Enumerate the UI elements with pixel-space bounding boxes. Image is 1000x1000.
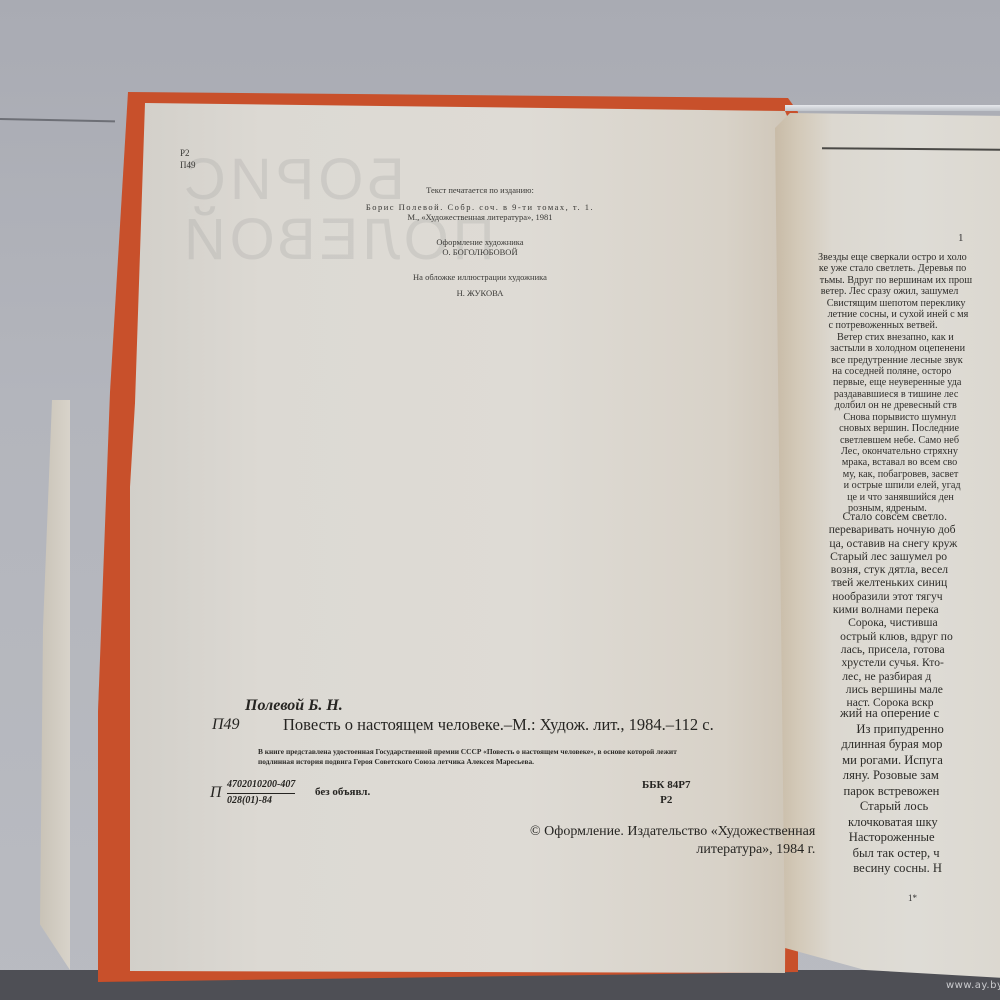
text-line: первые, еще неуверенные уда [818, 377, 972, 388]
text-line: весину сосны. Н [840, 861, 944, 877]
text-line: лес, не разбирая д [828, 670, 957, 683]
text-line: му, как, побагровев, засвет [818, 469, 972, 480]
biblio-author: Полевой Б. Н. [245, 697, 343, 715]
text-line: долбил он не древесный ств [818, 400, 972, 411]
text-line: Старый лес зашумел ро [828, 550, 957, 563]
edition-info: Текст печатается по изданию: Борис Полев… [350, 185, 610, 299]
text-line: светлевшем небе. Само неб [818, 435, 972, 446]
text-line: все предутренние лесные звук [818, 355, 972, 366]
edition-publisher: М., «Художественная литература», 1981 [350, 212, 610, 223]
text-line: твей желтеньких синиц [828, 576, 957, 589]
biblio-title: Повесть о настоящем человеке.–М.: Худож.… [283, 715, 714, 735]
design-label: Оформление художника [350, 237, 610, 248]
text-line: це и что занявшийся ден [818, 492, 972, 503]
text-line: на соседней поляне, осторо [818, 366, 972, 377]
text-line: Из припудренно [840, 722, 944, 738]
text-line: застыли в холодном оцепенени [818, 343, 972, 354]
library-code: Р2 П49 [180, 147, 196, 171]
text-line: летние сосны, и сухой иней с мя [818, 309, 972, 320]
price-prefix: П [210, 784, 222, 802]
text-line: острый клюв, вдруг по [828, 630, 957, 643]
text-line: Сорока, чистивша [828, 616, 957, 629]
watermark: www.ay.by [946, 980, 1000, 991]
text-line: нообразили этот тягуч [828, 590, 957, 603]
cover-illustration-artist: Н. ЖУКОВА [350, 288, 610, 299]
text-line: возня, стук дятла, весел [828, 563, 957, 576]
text-line: жий на оперение с [840, 706, 944, 722]
text-line: Лес, окончательно стряхну [818, 446, 972, 457]
text-line: хрустели сучья. Кто- [828, 656, 957, 669]
text-line: лась, присела, готова [828, 643, 957, 656]
edition-source: Борис Полевой. Собр. соч. в 9-ти томах, … [350, 202, 610, 213]
text-line: раздававшиеся в тишине лес [818, 389, 972, 400]
annotation: В книге представлена удостоенная Государ… [258, 747, 698, 767]
cover-illustration-label: На обложке иллюстрации художника [350, 272, 610, 283]
table-edge-line [0, 118, 115, 122]
text-line: мрака, вставал во всем сво [818, 457, 972, 468]
text-line: лись вершины мале [828, 683, 957, 696]
text-line: с потревоженных ветвей. [818, 320, 972, 331]
text-line: кими волнами перека [828, 603, 957, 616]
plastic-sleeve-edge [785, 105, 1000, 111]
page-fold [40, 400, 70, 970]
story-text-block-1: Звезды еще сверкали остро и холоке уже с… [818, 252, 972, 514]
text-line: длинная бурая мор [840, 737, 944, 753]
chapter-number: 1 [958, 232, 964, 244]
text-line: Звезды еще сверкали остро и холо [818, 252, 972, 263]
no-announcement: без объявл. [315, 786, 370, 798]
edition-note: Текст печатается по изданию: [350, 185, 610, 196]
index-fraction: 4702010200-407 028(01)-84 [227, 778, 295, 808]
text-line: тьмы. Вдруг по вершинам их прош [818, 275, 972, 286]
copyright-icon: © [530, 824, 541, 839]
signature-mark: 1* [908, 893, 917, 903]
text-line: Свистящим шепотом переклику [818, 298, 972, 309]
text-line: был так остер, ч [840, 846, 944, 862]
text-line: Стало совсем светло. [828, 510, 957, 523]
text-line: Снова порывисто шумнул [818, 412, 972, 423]
text-line: ми рогами. Испуга [840, 753, 944, 769]
design-artist: О. БОГОЛЮБОВОЙ [350, 247, 610, 258]
text-line: ветер. Лес сразу ожил, зашумел [818, 286, 972, 297]
text-line: ляну. Розовые зам [840, 768, 944, 784]
bbk-code: ББК 84Р7 Р2 [642, 778, 691, 808]
story-text-block-2: Стало совсем светло.переваривать ночную … [828, 510, 957, 709]
text-line: и острые шпили елей, угад [818, 480, 972, 491]
biblio-code: П49 [212, 716, 240, 734]
text-line: Настороженные [840, 830, 944, 846]
text-line: клочковатая шку [840, 815, 944, 831]
text-line: ке уже стало светлеть. Деревья по [818, 263, 972, 274]
text-line: парок встревожен [840, 784, 944, 800]
text-line: Старый лось [840, 799, 944, 815]
text-line: сновых вершин. Последние [818, 423, 972, 434]
copyright: © Оформление. Издательство «Художественн… [530, 823, 815, 859]
text-line: ца, оставив на снегу круж [828, 537, 957, 550]
text-line: переваривать ночную доб [828, 523, 957, 536]
text-line: Ветер стих внезапно, как и [818, 332, 972, 343]
story-text-block-3: жий на оперение с Из припудреннодлинная … [840, 706, 944, 877]
